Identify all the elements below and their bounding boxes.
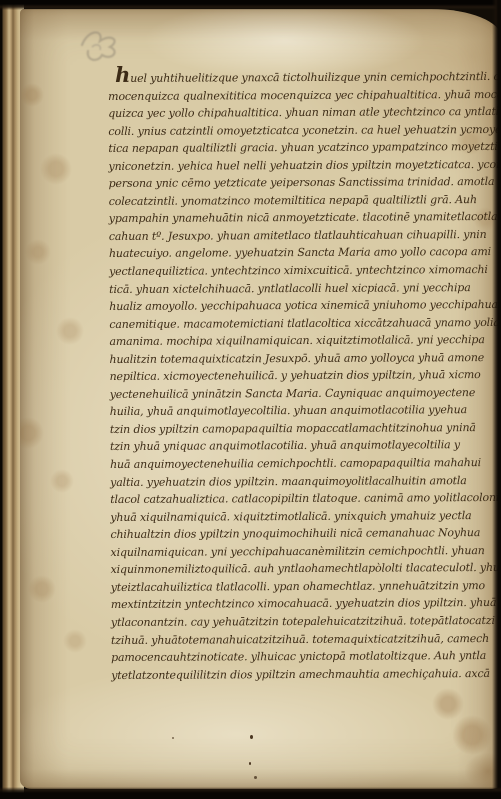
page-right-edge-shadow: [492, 0, 501, 799]
manuscript-line: yniconetzin. yehica huel nelli yehuatzin…: [108, 156, 501, 176]
manuscript-line: hualiz amoyollo. yecchipahuaca yotica xi…: [109, 296, 501, 316]
manuscript-line: yhuā xiquilnamiquicā. xiquitztimotlalicā…: [110, 507, 501, 527]
manuscript-line: tzin dios ypiltzin camopapaquiltia mopac…: [110, 419, 501, 439]
manuscript-line: huatecuiyo. angelome. yyehuatzin Sancta …: [109, 243, 501, 263]
manuscript-line: yteiztlacahuiliztica tlatlacolli. ypan o…: [111, 577, 501, 597]
manuscript-line: yaltia. yyehuatzin dios ypiltzin. maanqu…: [110, 471, 501, 491]
manuscript-line: pamocencauhtzinoticate. ylhuicac ynictop…: [111, 647, 501, 667]
manuscript-line: huilia, yhuā anquimotlayecoltilia. yhuan…: [110, 401, 501, 421]
manuscript-line: yectenehuilicā yninātzin Sancta Maria. C…: [110, 384, 501, 404]
manuscript-line: persona ynic cēmo yetzticate yeipersonas…: [109, 173, 501, 193]
binding-bottom-edge: [0, 787, 501, 799]
ink-speck: [250, 735, 253, 739]
manuscript-line: hualitzin totemaquixticatzin Jesuxpō. yh…: [109, 349, 501, 369]
manuscript-line: tzihuā. yhuātotemanahuicatzitzihuā. tote…: [111, 629, 501, 649]
manuscript-line: ytlaconantzin. cay yehuātzitzin totepale…: [111, 612, 501, 632]
manuscript-line: tica nepapan qualtiliztli gracia. yhuan …: [108, 138, 501, 158]
manuscript-line: mocenquizca qualnexititica mocenquizca y…: [108, 85, 501, 105]
manuscript-line: huel yuhtihuelitizque ynaxcā tictolhuili…: [108, 68, 501, 88]
manuscript-line: huā anquimoyectenehuilia cemichpochtli. …: [110, 454, 501, 474]
manuscript-line: tlacol catzahualiztica. catlacopipiltin …: [110, 489, 501, 509]
manuscript-line: xiquinmonemiliztoquilicā. auh yntlaohame…: [111, 559, 501, 579]
manuscript-line: nepiltica. xicmoyectenehuilicā. y yehuat…: [110, 366, 501, 386]
manuscript-line: xiquilnamiquican. yni yecchipahuacanèmil…: [110, 542, 501, 562]
manuscript-line: ypampahin ynamehuātin nicā anmoyetzticat…: [109, 208, 501, 228]
manuscript-line: ticā. yhuan xictelchihuacā. yntlatlacoll…: [109, 278, 501, 298]
manuscript-text-block: huel yuhtihuelitizque ynaxcā tictolhuili…: [108, 68, 501, 684]
manuscript-line: cahuan tº. Jesuxpo. yhuan amitetlaco tla…: [109, 226, 501, 246]
manuscript-line: quizca yec yollo chipahualtitica. yhuan …: [108, 103, 501, 123]
binding-top-edge: [0, 0, 501, 10]
manuscript-line: tzin yhuā yniquac anquimotlacotilia. yhu…: [110, 436, 501, 456]
manuscript-line: mextintzitzin yntechtzinco ximocahuacā. …: [111, 594, 501, 614]
manuscript-line: canemitique. macamotemictiani tlatlacolt…: [109, 314, 501, 334]
manuscript-line: chihualtzin dios ypiltzin ynoquimochihui…: [110, 524, 501, 544]
manuscript-page: huel yuhtihuelitizque ynaxcā tictolhuili…: [20, 9, 501, 789]
ink-speck: [172, 737, 174, 739]
manuscript-line: colli. ynius catzintli omoyetzticatca yc…: [108, 120, 501, 140]
ink-speck: [254, 776, 257, 779]
manuscript-line: amanima. mochipa xiquilnamiquican. xiqui…: [109, 331, 501, 351]
manuscript-photo: huel yuhtihuelitizque ynaxcā tictolhuili…: [0, 0, 501, 799]
manuscript-line: yectlanequiliztica. yntechtzinco ximixcu…: [109, 261, 501, 281]
manuscript-line: ytetlatzontequililitzin dios ypiltzin am…: [111, 664, 501, 684]
manuscript-line: colecatzintli. ynomatzinco motemiltitica…: [109, 191, 501, 211]
ink-speck: [249, 762, 251, 765]
